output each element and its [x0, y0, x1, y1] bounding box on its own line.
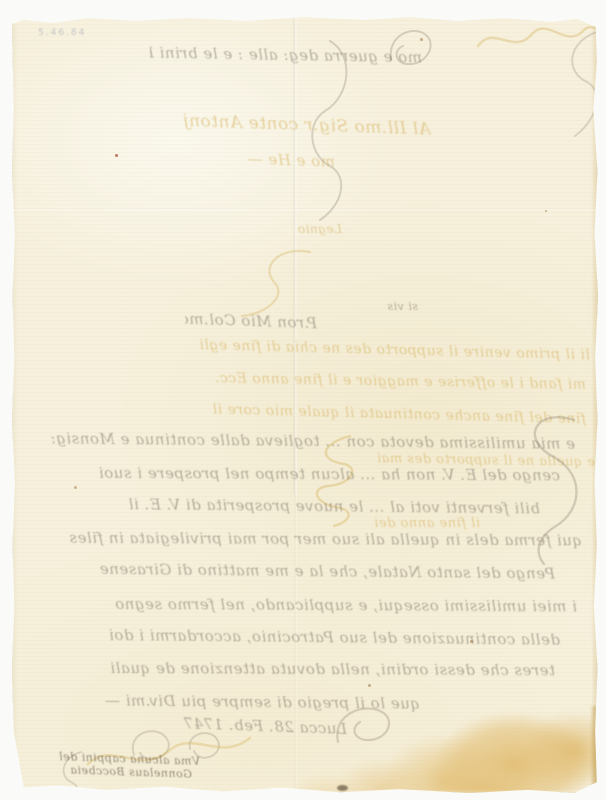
- ochre-flourish-mid: [230, 244, 326, 322]
- bleed-address-line-1: Al Ill.mo Sig.r conte Antonj: [165, 110, 432, 139]
- bleed-ochre-line-1: li il primo venire il supporto des ne ch…: [30, 333, 590, 364]
- scanner-background: 5.46.84 mo e guerra deg: alle : e le bri…: [0, 0, 606, 800]
- bleed-address-line-3: Legnio: [250, 222, 342, 236]
- bleed-body-line: qui ferma dels in quella ali suo mer por…: [30, 529, 582, 550]
- foxing-speck: [368, 684, 371, 687]
- bleed-top-line: mo e guerra deg: alle : e le brini Regna…: [150, 44, 422, 67]
- archival-number: 5.46.84: [38, 28, 86, 38]
- bleed-salutation: P.ron Mio Col.mo: [185, 310, 318, 333]
- bleed-body-line: cengo del E. V. non ha ... alcun tempo n…: [40, 464, 560, 485]
- vertical-fold-crease: [293, 16, 297, 494]
- foxing-speck: [420, 38, 423, 41]
- foxing-speck: [470, 640, 473, 643]
- bleed-body-line: i miei umilissimi ossequi, e supplicando…: [30, 595, 577, 616]
- bleed-ochre-line-3: fine del fine anche continuata il quale …: [30, 397, 586, 428]
- ink-flourish-right-edge: [557, 28, 605, 140]
- letter-paper: 5.46.84 mo e guerra deg: alle : e le bri…: [12, 16, 598, 793]
- bleed-salutation-note: si vis: [352, 300, 418, 313]
- foxing-speck: [115, 154, 118, 157]
- foxing-speck: [74, 486, 77, 489]
- bleed-body-line: bili ferventi voti al ... le nuove prosp…: [60, 494, 540, 517]
- bleed-ochre-line-2: mi fand i le offerise e maggior e il fin…: [34, 367, 586, 393]
- dark-edge-notch: [337, 785, 348, 791]
- stain-edge-tint: [590, 706, 597, 791]
- ochre-scribble-top-right: [474, 16, 606, 62]
- liquid-stain: [250, 692, 598, 793]
- bleed-address-line-2: mo e He —: [175, 147, 336, 171]
- bleed-body-line: Pengo del santo Natale, che la e me matt…: [45, 559, 555, 582]
- bleed-body-line: teres che dessi ordini, nella dovuta att…: [30, 659, 555, 680]
- horizontal-crease: [12, 208, 598, 211]
- bleed-ochre-line-5: il fine anno dei: [290, 516, 480, 531]
- bleed-body-line: della continuazione del suo Patrocinio, …: [35, 625, 560, 648]
- bleed-body-line: e mia umilissima devota con ... toglieva…: [35, 429, 575, 453]
- foxing-speck: [545, 210, 547, 212]
